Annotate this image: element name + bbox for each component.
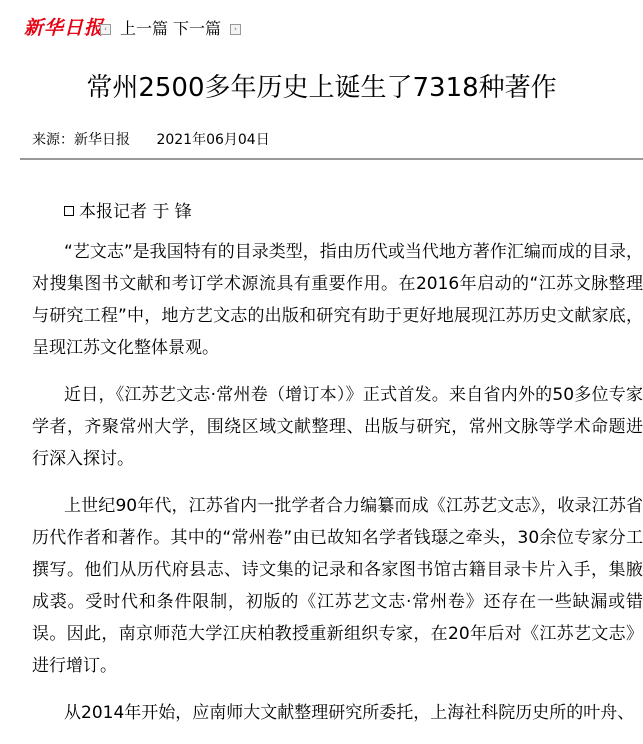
next-article-link[interactable]: 下一篇 bbox=[173, 18, 221, 40]
header-divider bbox=[20, 158, 643, 160]
chevron-left-icon[interactable]: ‹ bbox=[100, 24, 111, 35]
paragraph: 近日，《江苏艺文志·常州卷（增订本）》正式首发。来自省内外的50多位专家学者，齐… bbox=[32, 379, 643, 475]
article-date: 2021年06月04日 bbox=[156, 132, 269, 148]
paragraph: “艺文志”是我国特有的目录类型，指由历代或当代地方著作汇编而成的目录，对搜集图书… bbox=[32, 236, 643, 364]
article-meta: 来源：新华日报 2021年06月04日 bbox=[32, 130, 270, 150]
paragraph: 上世纪90年代，江苏省内一批学者合力编纂而成《江苏艺文志》，收录江苏省历代作者和… bbox=[32, 490, 643, 682]
paragraph: 从2014年开始，应南师大文献整理研究所委托，上海社科院历史所的叶舟、 bbox=[32, 697, 643, 729]
byline: 本报记者 于 锋 bbox=[32, 196, 643, 228]
previous-article-link[interactable]: 上一篇 bbox=[120, 18, 168, 40]
article-body: 本报记者 于 锋 “艺文志”是我国特有的目录类型，指由历代或当代地方著作汇编而成… bbox=[32, 196, 643, 744]
byline-text: 本报记者 于 锋 bbox=[79, 202, 192, 222]
article-title: 常州2500多年历史上诞生了7318种著作 bbox=[0, 70, 643, 106]
article-source: 来源：新华日报 bbox=[32, 132, 130, 148]
top-bar: 新华日报 ‹ 上一篇 下一篇 › bbox=[0, 0, 643, 56]
square-bullet-icon bbox=[64, 206, 74, 216]
newspaper-logo[interactable]: 新华日报 bbox=[24, 16, 104, 40]
article-navigation: ‹ 上一篇 下一篇 › bbox=[100, 18, 241, 40]
chevron-right-icon[interactable]: › bbox=[230, 24, 241, 35]
